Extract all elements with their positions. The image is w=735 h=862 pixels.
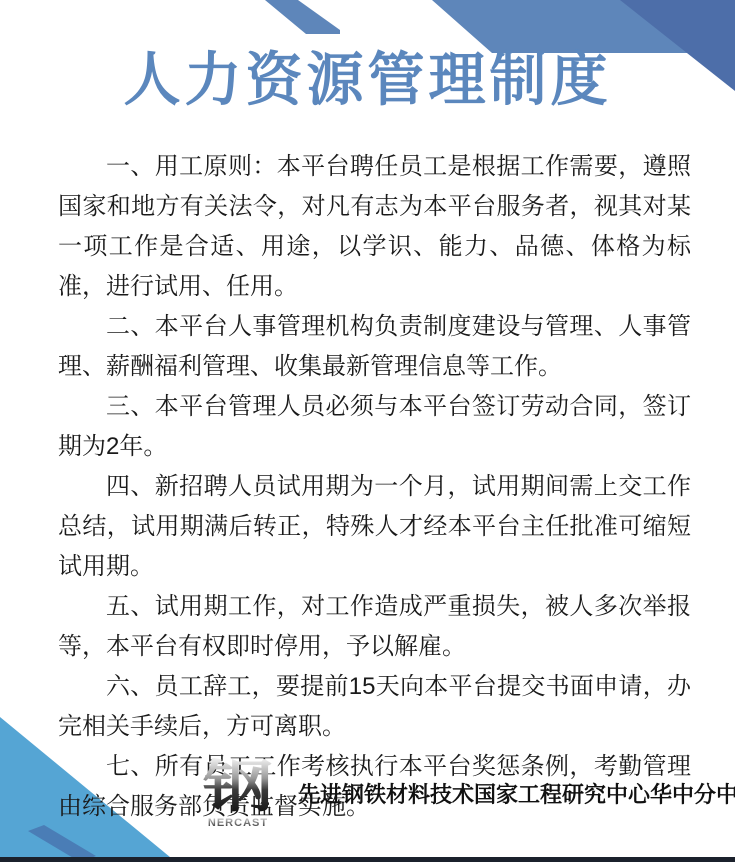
organization-name: 先进钢铁材料技术国家工程研究中心华中分中心 bbox=[298, 778, 735, 809]
policy-body: 一、用工原则：本平台聘任员工是根据工作需要，遵照国家和地方有关法令，对凡有志为本… bbox=[58, 147, 691, 827]
top-stripe-decoration bbox=[265, 0, 340, 34]
policy-paragraph-6: 六、员工辞工，要提前15天向本平台提交书面申请，办完相关手续后，方可离职。 bbox=[58, 667, 691, 747]
policy-paragraph-2: 二、本平台人事管理机构负责制度建设与管理、人事管理、薪酬福利管理、收集最新管理信… bbox=[58, 307, 691, 387]
logo-caption: NERCAST bbox=[208, 817, 268, 829]
footer: 钢 NERCAST 先进钢铁材料技术国家工程研究中心华中分中心 bbox=[0, 758, 735, 829]
nercast-logo-icon: 钢 NERCAST bbox=[188, 758, 288, 829]
page-title: 人力资源管理制度 bbox=[0, 45, 735, 115]
policy-paragraph-3: 三、本平台管理人员必须与本平台签订劳动合同，签订期为2年。 bbox=[58, 387, 691, 467]
policy-paragraph-4: 四、新招聘人员试用期为一个月，试用期间需上交工作总结，试用期满后转正，特殊人才经… bbox=[58, 467, 691, 587]
policy-paragraph-1: 一、用工原则：本平台聘任员工是根据工作需要，遵照国家和地方有关法令，对凡有志为本… bbox=[58, 147, 691, 307]
policy-paragraph-5: 五、试用期工作，对工作造成严重损失，被人多次举报等，本平台有权即时停用，予以解雇… bbox=[58, 587, 691, 667]
bottom-bar bbox=[0, 857, 735, 862]
hr-policy-poster: 人力资源管理制度 一、用工原则：本平台聘任员工是根据工作需要，遵照国家和地方有关… bbox=[0, 0, 735, 862]
logo-glyph: 钢 bbox=[203, 758, 273, 816]
